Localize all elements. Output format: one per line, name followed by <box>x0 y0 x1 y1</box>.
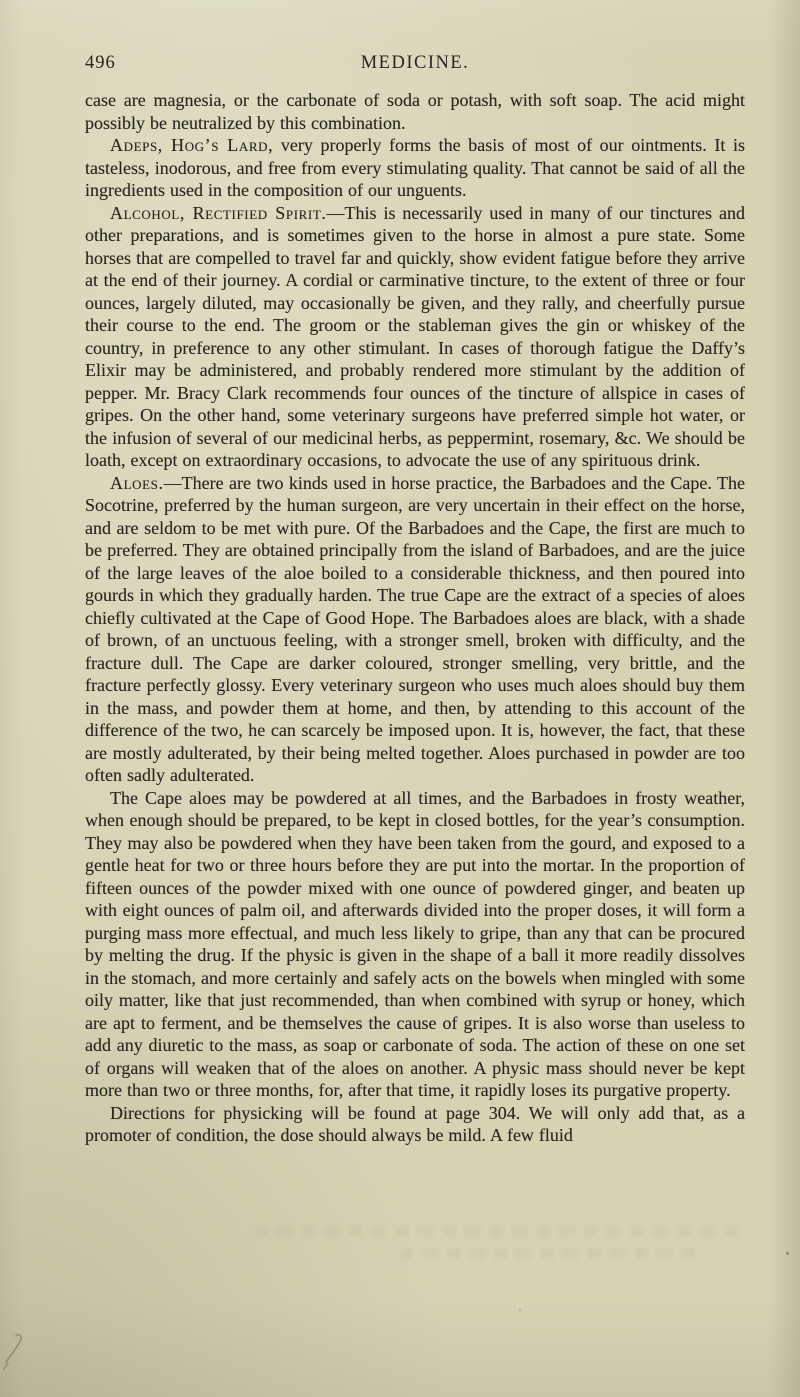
paragraph: The Cape aloes may be powdered at all ti… <box>85 787 745 1102</box>
paragraph: Directions for physicking will be found … <box>85 1102 745 1147</box>
body-text: case are magnesia, or the carbonate of s… <box>85 89 745 1147</box>
ink-speck <box>786 1252 789 1255</box>
scanned-book-page: 496 MEDICINE. case are magnesia, or the … <box>0 0 800 1397</box>
running-head: MEDICINE. <box>85 52 745 74</box>
paragraph-lead: Alcohol, Rectified Spirit. <box>110 203 327 223</box>
paragraph-text: Directions for physicking will be found … <box>85 1103 745 1146</box>
paragraph-text: —There are two kinds used in horse pract… <box>85 473 745 786</box>
paragraph: Aloes.—There are two kinds used in horse… <box>85 472 745 787</box>
ink-speck <box>519 1309 521 1311</box>
paragraph-text: case are magnesia, or the carbonate of s… <box>85 90 745 133</box>
page-header: 496 MEDICINE. <box>85 52 745 76</box>
paragraph-text: The Cape aloes may be powdered at all ti… <box>85 788 745 1101</box>
bleed-through <box>255 1226 745 1237</box>
paragraph: Alcohol, Rectified Spirit.—This is neces… <box>85 202 745 472</box>
paragraph: Adeps, Hog’s Lard, very properly forms t… <box>85 134 745 202</box>
paragraph: case are magnesia, or the carbonate of s… <box>85 89 745 134</box>
bleed-through <box>400 1248 700 1259</box>
paragraph-text: —This is necessarily used in many of our… <box>85 203 745 471</box>
paragraph-lead: Aloes. <box>110 473 164 493</box>
pen-mark-icon <box>1 1318 45 1372</box>
paragraph-lead: Adeps, Hog’s Lard, <box>110 135 273 155</box>
text-column: 496 MEDICINE. case are magnesia, or the … <box>85 52 745 1147</box>
